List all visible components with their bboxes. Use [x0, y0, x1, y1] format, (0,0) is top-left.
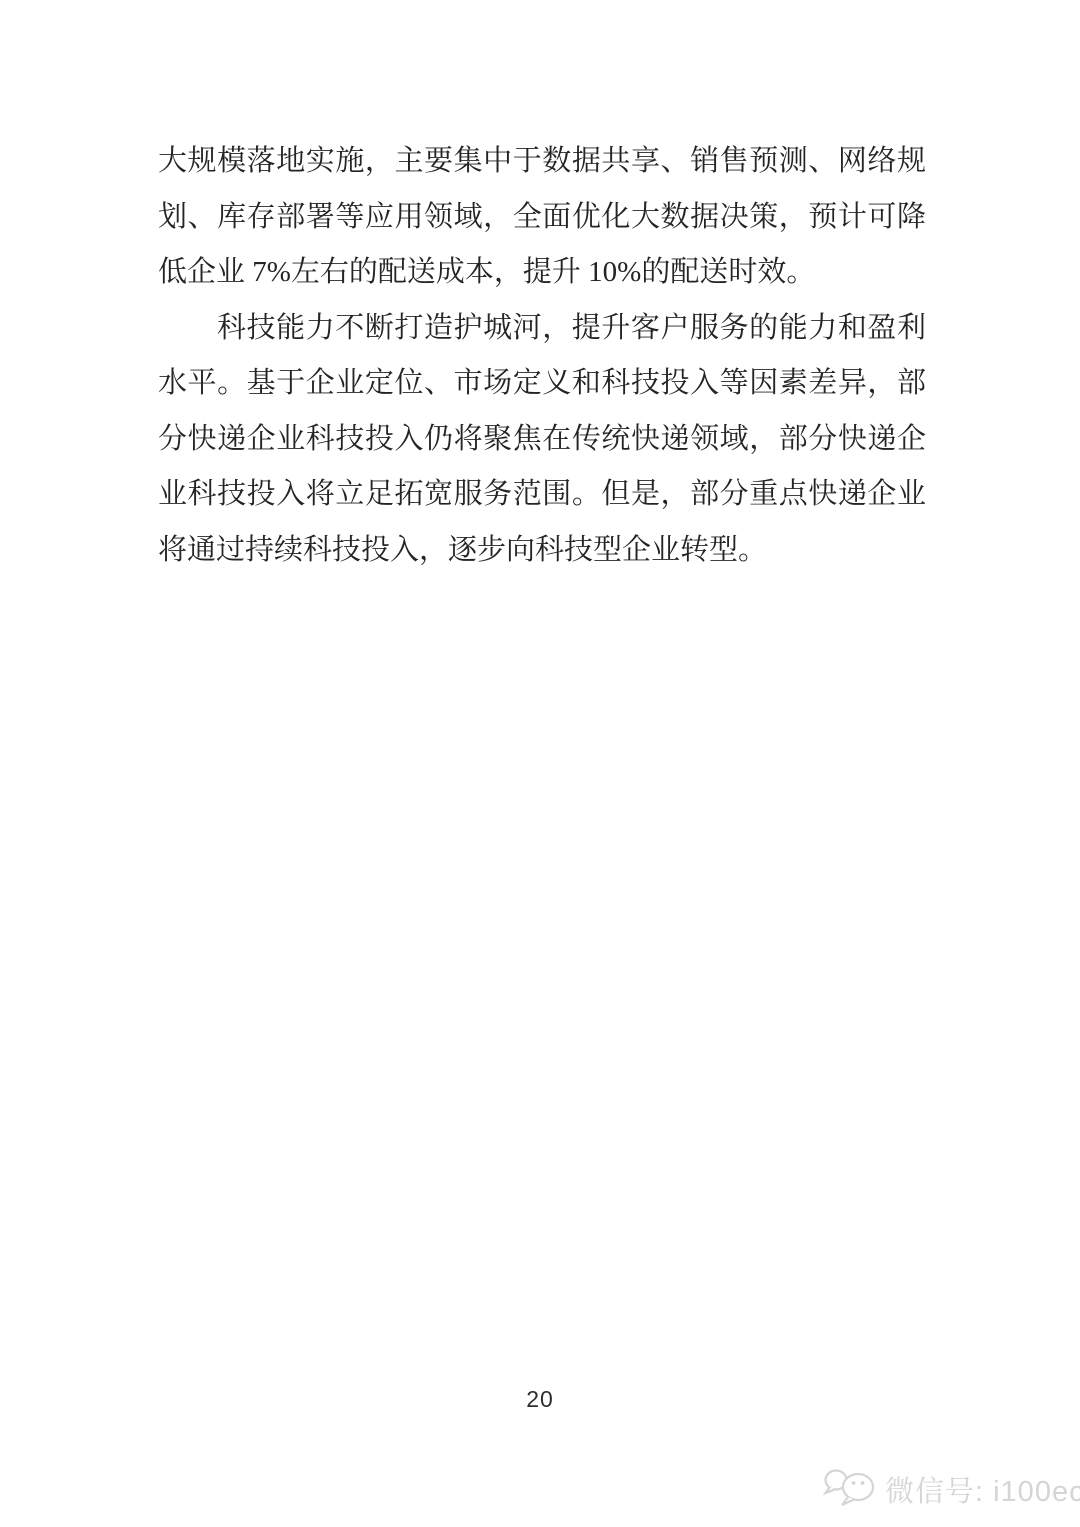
text-line: 业科技投入将立足拓宽服务范围。但是，部分重点快递企业: [158, 467, 926, 523]
wechat-watermark: 微信号: i100ec: [822, 1465, 1080, 1513]
wechat-icon: [822, 1465, 880, 1513]
body-text: 大规模落地实施，主要集中于数据共享、销售预测、网络规 划、库存部署等应用领域，全…: [158, 134, 926, 578]
paragraph-1: 大规模落地实施，主要集中于数据共享、销售预测、网络规 划、库存部署等应用领域，全…: [158, 134, 926, 301]
text-line: 将通过持续科技投入，逐步向科技型企业转型。: [158, 523, 926, 579]
text-line: 科技能力不断打造护城河，提升客户服务的能力和盈利: [158, 301, 926, 357]
watermark-label: 微信号: i100ec: [885, 1469, 1080, 1510]
text-line: 划、库存部署等应用领域，全面优化大数据决策，预计可降: [158, 190, 926, 246]
paragraph-2: 科技能力不断打造护城河，提升客户服务的能力和盈利 水平。基于企业定位、市场定义和…: [158, 301, 926, 579]
text-line: 低企业 7%左右的配送成本，提升 10%的配送时效。: [158, 245, 926, 301]
document-page: 大规模落地实施，主要集中于数据共享、销售预测、网络规 划、库存部署等应用领域，全…: [0, 0, 1080, 1527]
text-line: 水平。基于企业定位、市场定义和科技投入等因素差异，部: [158, 356, 926, 412]
page-number: 20: [0, 1386, 1080, 1413]
text-line: 分快递企业科技投入仍将聚焦在传统快递领域，部分快递企: [158, 412, 926, 468]
text-line: 大规模落地实施，主要集中于数据共享、销售预测、网络规: [158, 134, 926, 190]
